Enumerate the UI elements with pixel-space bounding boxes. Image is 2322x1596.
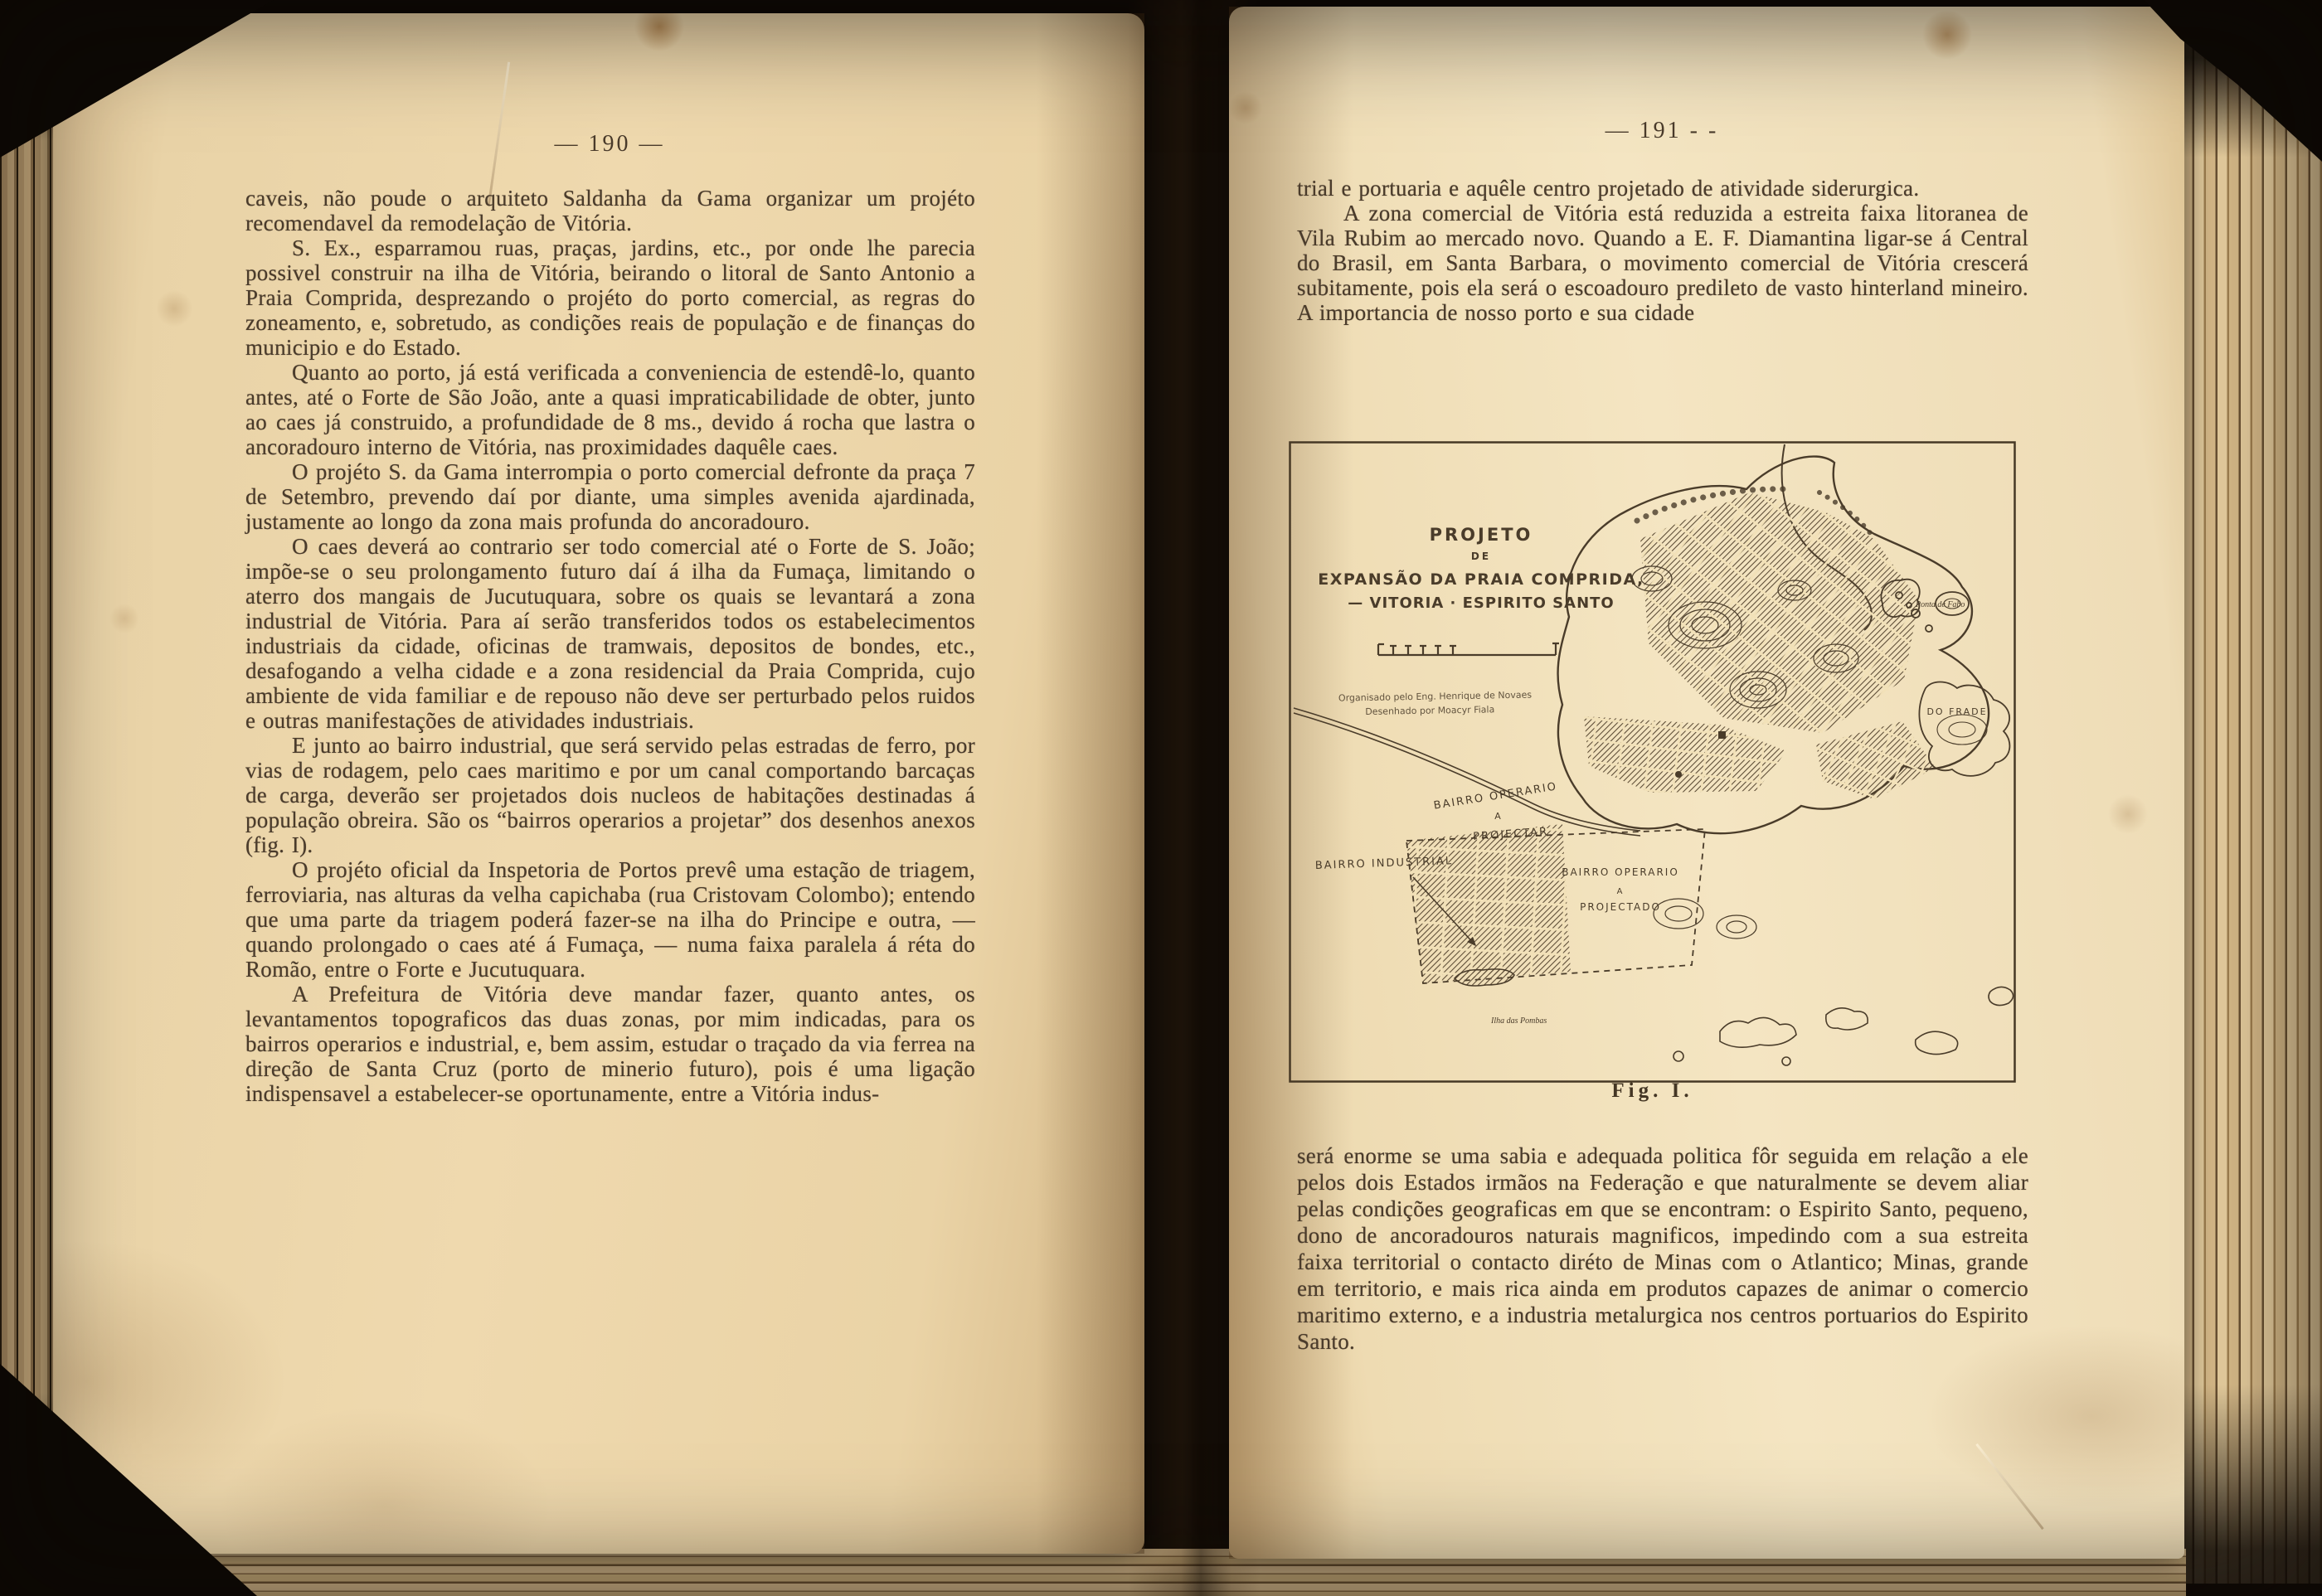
frade-island — [1912, 592, 2009, 776]
label-pombas: Ilha das Pombas — [1490, 1016, 1547, 1026]
label-bairro-operario-2: BAIRRO OPERARIO — [1562, 866, 1679, 878]
city-grid-praia-comprida — [1640, 492, 1919, 733]
paragraph: S. Ex., esparramou ruas, praças, jardins… — [245, 235, 975, 360]
label-a-2: A — [1617, 887, 1625, 896]
right-page-bottom-text: será enorme se uma sabia e adequada poli… — [1297, 1142, 2028, 1355]
pombas-island-shape — [1455, 969, 1514, 986]
paragraph: A Prefeitura de Vitória deve mandar faze… — [245, 982, 975, 1106]
map-title-line2: DE — [1471, 551, 1491, 562]
map-title-line1: PROJETO — [1430, 525, 1533, 545]
open-book-photo: — 190 — caveis, não poude o arquiteto Sa… — [0, 0, 2322, 1596]
figure-map: PROJETO DE EXPANSÃO DA PRAIA COMPRIDA, —… — [1289, 441, 2016, 1083]
left-page-number: — 190 — — [245, 131, 974, 158]
map-credits: Organisado pelo Eng. Henrique de Novaes … — [1338, 689, 1533, 717]
city-grid-old-town — [1584, 716, 1786, 793]
map-credit-line1: Organisado pelo Eng. Henrique de Novaes — [1338, 689, 1533, 703]
paragraph: E junto ao bairro industrial, que será s… — [245, 733, 975, 857]
paragraph: O caes deverá ao contrario ser todo come… — [245, 534, 975, 733]
right-page-number: — 191 - - — [1296, 118, 2028, 144]
paragraph: O projéto S. da Gama interrompia o porto… — [245, 459, 975, 534]
paragraph: A zona comercial de Vitória está reduzid… — [1297, 201, 2028, 325]
city-grid-industrial — [1406, 824, 1571, 983]
label-ponta: Ponta de Fabo — [1915, 600, 1965, 609]
map-title-line4: — VITORIA · ESPIRITO SANTO — [1348, 594, 1614, 612]
paragraph: O projéto oficial da Inspetoria de Porto… — [245, 857, 975, 982]
landmark-square — [1718, 731, 1726, 739]
bay-islets — [1673, 987, 2014, 1065]
paragraph: caveis, não poude o arquiteto Saldanha d… — [245, 186, 975, 235]
map-title-line3: EXPANSÃO DA PRAIA COMPRIDA, — [1318, 569, 1644, 589]
label-a-1: A — [1494, 811, 1503, 822]
map-title: PROJETO DE EXPANSÃO DA PRAIA COMPRIDA, —… — [1318, 525, 1644, 612]
map-scale-bar: ESCALA — [1378, 643, 1559, 672]
figure-caption: Fig. I. — [1289, 1079, 2016, 1103]
page-stack-right-edge — [2171, 25, 2322, 1584]
paragraph: trial e portuaria e aquêle centro projet… — [1297, 176, 2028, 201]
map-svg: PROJETO DE EXPANSÃO DA PRAIA COMPRIDA, —… — [1289, 441, 2016, 1083]
paper-crease — [1975, 1443, 2043, 1530]
map-credit-line2: Desenhado por Moacyr Fiala — [1365, 704, 1494, 717]
paragraph: será enorme se uma sabia e adequada poli… — [1297, 1142, 2028, 1355]
city-grid-east — [1816, 721, 1936, 799]
landmark-dot — [1675, 771, 1682, 778]
label-projectado: PROJECTADO — [1580, 901, 1661, 913]
paragraph: Quanto ao porto, já está verificada a co… — [245, 360, 975, 459]
label-frade: DO FRADE — [1926, 706, 1987, 717]
left-page-text: caveis, não poude o arquiteto Saldanha d… — [245, 186, 975, 1106]
right-page-top-text: trial e portuaria e aquêle centro projet… — [1297, 176, 2028, 325]
map-scale-label: ESCALA — [1445, 664, 1484, 672]
